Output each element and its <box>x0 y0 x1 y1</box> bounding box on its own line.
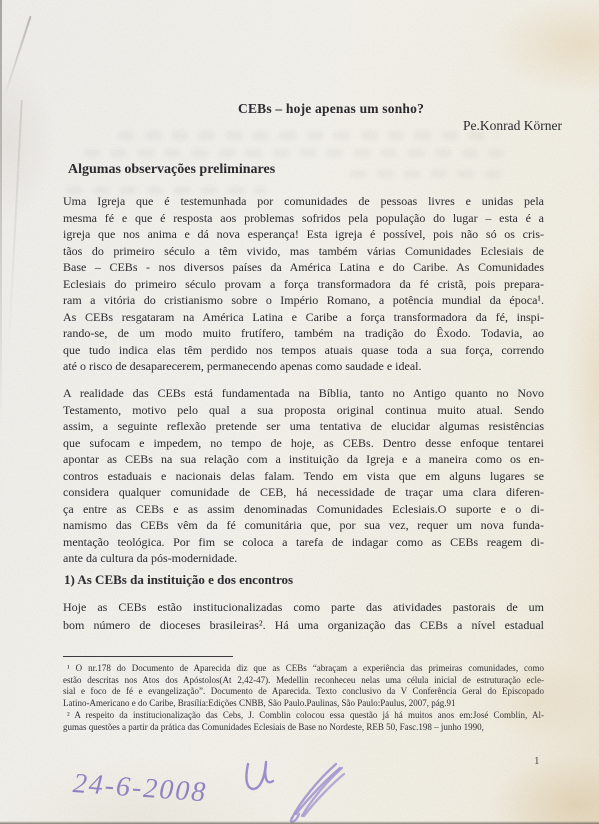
initial-u-tail <box>265 764 273 782</box>
document-title: CEBs – hoje apenas um sonho? <box>238 101 424 117</box>
paragraph-2: A realidade das CEBs está fundamentada n… <box>63 385 544 567</box>
footnote-2: ² A respeito da institucionalização das … <box>63 710 544 733</box>
text-line: namismo das CEBs vêm da fé comunitária q… <box>63 517 544 534</box>
text-line: ram a vitória do cristianismo sobre o Im… <box>63 292 544 309</box>
text-line: ça entre as CEBs e as assim denominadas … <box>63 501 544 518</box>
text-line: ante da cultura da pós-modernidade. <box>63 550 544 567</box>
bleed-through-ghost <box>350 170 510 178</box>
bleed-through-ghost <box>118 131 498 140</box>
section-1-heading: 1) As CEBs da instituição e dos encontro… <box>64 572 293 588</box>
bleed-through-ghost <box>84 149 504 157</box>
text-line: contros estaduais e nacionais delas fala… <box>63 468 544 485</box>
preliminary-heading: Algumas observações preliminares <box>68 162 275 178</box>
text-line: rando-se, de um modo muito frutífero, ta… <box>63 325 544 342</box>
fold-streak <box>2 16 31 100</box>
text-line: mesma fé e que é resposta aos problemas … <box>63 210 544 227</box>
fold-streak <box>7 100 23 360</box>
text-line: Testamento, motivo pelo qual a sua propo… <box>63 402 544 419</box>
text-line: tãos do primeiro século a têm vivido, ma… <box>63 243 544 260</box>
text-line: igreja que nos anima e dá nova esperança… <box>63 226 544 243</box>
text-line: mentação teológica. Por fim se coloca a … <box>63 534 544 551</box>
footnote-1: ¹ O nr.178 do Documento de Aparecida diz… <box>63 663 544 709</box>
text-line: que tudo indica elas têm perdido nos tem… <box>63 342 544 359</box>
footnote-line: ² A respeito da institucionalização das … <box>63 710 544 722</box>
page-number: 1 <box>534 755 540 767</box>
text-line: assim, a seguinte reflexão pretende ser … <box>63 418 544 435</box>
initial-u-stroke <box>246 762 266 789</box>
footnote-line: estão descritas nos Atos dos Apóstolos(A… <box>63 675 544 687</box>
text-line: Eclesiais do primeiro século provam a fo… <box>63 276 544 293</box>
signature-scribble <box>238 752 368 824</box>
text-line: Base – CEBs - nos diversos países da Amé… <box>63 259 544 276</box>
text-line: Uma Igreja que é testemunhada por comuni… <box>63 193 544 210</box>
text-line: até o risco de desaparecerem, permanecen… <box>63 358 544 375</box>
footnote-line: Latino-Americano e do Caribe, Brasília:E… <box>63 698 544 710</box>
text-line: bom número de dioceses brasileiras². Há … <box>63 617 544 635</box>
text-line: A realidade das CEBs está fundamentada n… <box>63 385 544 402</box>
paragraph-3: Hoje as CEBs estão institucionalizadas c… <box>63 599 544 634</box>
author-name: Pe.Konrad Körner <box>463 118 562 134</box>
paragraph-1: Uma Igreja que é testemunhada por comuni… <box>63 193 544 375</box>
footnote-separator <box>63 656 233 657</box>
footnote-line: sial e foco de fé e evangelização”. Docu… <box>63 686 544 698</box>
text-line: As CEBs resgataram na América Latina e C… <box>63 309 544 326</box>
footnote-line: gumas questões a partir da prática das C… <box>63 722 544 734</box>
handwritten-date: 24-6-2008 <box>72 768 209 809</box>
text-line: que sufocam e impedem, no tempo de hoje,… <box>63 435 544 452</box>
scan-edge-left <box>0 0 2 430</box>
scanned-document-page: CEBs – hoje apenas um sonho? Pe.Konrad K… <box>0 0 599 824</box>
text-line: Hoje as CEBs estão institucionalizadas c… <box>63 599 544 617</box>
text-line: considera qualquer comunidade de CEB, há… <box>63 484 544 501</box>
footnote-line: ¹ O nr.178 do Documento de Aparecida diz… <box>63 663 544 675</box>
text-line: apontar as CEBs na sua relação com a ins… <box>63 451 544 468</box>
